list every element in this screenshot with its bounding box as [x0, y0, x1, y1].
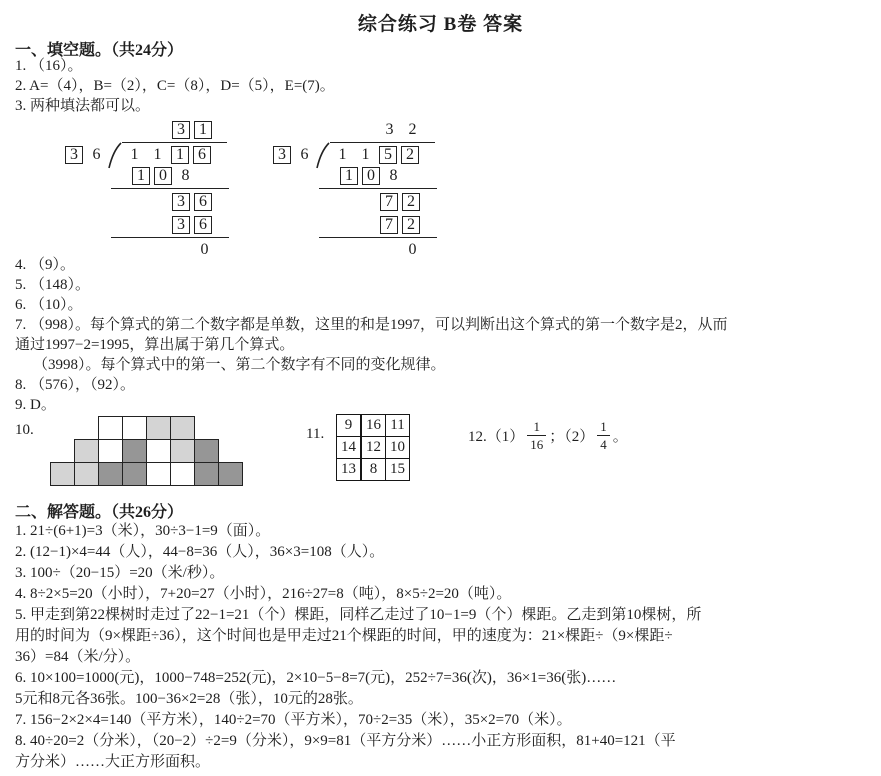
item12-suffix: 。: [613, 425, 628, 446]
text-line: 2. A=（4），B=（2），C=（8），D=（5），E=(7)。: [15, 76, 873, 96]
section2-items: 1. 21÷(6+1)=3（米），30÷3−1=9（面）。2. (12−1)×4…: [15, 521, 873, 773]
table-cell: 11: [386, 415, 410, 437]
pyramid-cell-dark: [122, 462, 147, 486]
item11-label: 11.: [306, 426, 324, 443]
boxed-digit: 1: [340, 167, 358, 185]
text-line: 5元和8元各36张。100−36×2=28（张），10元的28张。: [15, 689, 873, 710]
boxed-digit: 6: [194, 216, 212, 234]
table-cell: 14: [337, 437, 362, 459]
text-line: 1. 21÷(6+1)=3（米），30÷3−1=9（面）。: [15, 521, 873, 542]
boxed-digit: 7: [380, 193, 398, 211]
text-line: 2. (12−1)×4=44（人），44−8=36（人），36×3=108（人）…: [15, 542, 873, 563]
pyramid-cell-light: [146, 416, 171, 440]
digit: 6: [293, 145, 316, 165]
boxed-digit: 6: [193, 146, 211, 164]
boxed-digit: 2: [402, 216, 420, 234]
dividend: 1116: [122, 142, 227, 165]
division-bracket-icon: [316, 142, 330, 174]
text-line: 6. 10×100=1000(元)，1000−748=252(元)，2×10−5…: [15, 668, 873, 689]
quotient-row: 31: [170, 120, 214, 140]
item12-separator: ；（2）: [549, 425, 594, 446]
long-division-1: 3136111610836360: [63, 120, 253, 262]
pyramid-cell-dark: [218, 462, 243, 486]
pyramid-cell-dark: [194, 439, 219, 463]
fraction-numerator: 1: [597, 420, 610, 435]
text-line: 7. （998）。每个算式的第二个数字都是单数，这里的和是1997，可以判断出这…: [15, 315, 873, 335]
digit: 8: [174, 166, 197, 186]
remainder-bring-down-row: 72: [378, 192, 422, 212]
text-line: 8. 40÷20=2（分米），（20−2）÷2=9（分米），9×9=81（平方分…: [15, 731, 873, 752]
pyramid-cell-white: [122, 416, 147, 440]
table-cell: 16: [361, 415, 386, 437]
pyramid-cell-white: [98, 439, 123, 463]
boxed-digit: 3: [172, 193, 190, 211]
pyramid-cell-dark: [122, 439, 147, 463]
digit: 1: [146, 145, 169, 165]
text-line: 5. 甲走到第22棵树时走过了22−1=21（个）棵距，同样乙走过了10−1=9…: [15, 605, 873, 626]
division-rule-line: [319, 188, 437, 189]
pyramid-cell-light: [74, 462, 99, 486]
division-bracket-icon: [108, 142, 122, 174]
remainder-bring-down-row: 36: [170, 192, 214, 212]
boxed-digit: 0: [154, 167, 172, 185]
item12-answer: 12.（1） 1 16 ；（2） 1 4 。: [468, 420, 628, 451]
table-cell: 12: [361, 437, 386, 459]
boxed-digit: 3: [172, 121, 190, 139]
pyramid-row: [50, 462, 243, 486]
boxed-digit: 2: [401, 146, 419, 164]
division-rule-line: [319, 237, 437, 238]
boxed-digit: 6: [194, 193, 212, 211]
page-title: 综合练习 B卷 答案: [0, 9, 881, 36]
digit: 8: [382, 166, 405, 186]
text-line: 8. （576），（92）。: [15, 375, 873, 395]
digit: 1: [123, 145, 146, 165]
boxed-digit: 1: [171, 146, 189, 164]
text-line: 6. （10）。: [15, 295, 873, 315]
boxed-digit: 3: [172, 216, 190, 234]
second-product-row: 72: [378, 215, 422, 235]
pyramid-cell-white: [146, 462, 171, 486]
boxed-digit: 2: [402, 193, 420, 211]
long-division-2: 3236115210872720: [271, 120, 461, 262]
pyramid-cell-white: [98, 416, 123, 440]
boxed-digit: 5: [379, 146, 397, 164]
boxed-digit: 0: [362, 167, 380, 185]
table-cell: 13: [337, 459, 362, 481]
text-line: 3. 两种填法都可以。: [15, 96, 873, 116]
boxed-digit: 3: [65, 146, 83, 164]
fraction-denominator: 4: [597, 435, 610, 451]
boxed-digit: 1: [132, 167, 150, 185]
table-row: 91611: [337, 415, 410, 437]
pyramid-cell-white: [170, 462, 195, 486]
first-product-row: 108: [338, 166, 405, 186]
fraction-numerator: 1: [527, 420, 546, 435]
long-division-figures: 3136111610836360 3236115210872720: [0, 120, 881, 262]
table-row: 141210: [337, 437, 410, 459]
digit: 3: [378, 120, 401, 140]
section1-items-b: 4. （9）。5. （148）。6. （10）。7. （998）。每个算式的第二…: [15, 255, 873, 415]
text-line: 1. （16）。: [15, 56, 873, 76]
boxed-digit: 7: [380, 216, 398, 234]
division-rule-line: [111, 237, 229, 238]
division-rule-line: [111, 188, 229, 189]
second-product-row: 36: [170, 215, 214, 235]
text-line: 5. （148）。: [15, 275, 873, 295]
table-cell: 10: [386, 437, 410, 459]
text-line: 36）=84（米/分）。: [15, 647, 873, 668]
worksheet-page: 综合练习 B卷 答案 一、填空题。（共24分） 1. （16）。2. A=（4）…: [0, 0, 881, 776]
dividend: 1152: [330, 142, 435, 165]
pyramid-row: [74, 439, 219, 463]
pyramid-cell-dark: [194, 462, 219, 486]
table-cell: 9: [337, 415, 362, 437]
text-line: 7. 156−2×2×4=140（平方米），140÷2=70（平方米），70÷2…: [15, 710, 873, 731]
quotient-row: 32: [378, 120, 424, 140]
text-line: 4. （9）。: [15, 255, 873, 275]
text-line: 通过1997−2=1995，算出属于第几个算式。: [15, 335, 873, 355]
digit: 6: [85, 145, 108, 165]
pyramid-row: [98, 416, 195, 440]
digit: 1: [331, 145, 354, 165]
text-line: 用的时间为（9×棵距÷36），这个时间也是甲走过21个棵距的时间，甲的速度为：2…: [15, 626, 873, 647]
divisor: 36: [63, 145, 108, 165]
figures-row: 10. 11. 9161114121013815 12.（1） 1 16 ；（2…: [0, 408, 881, 500]
text-line: 方分米）……大正方形面积。: [15, 752, 873, 773]
boxed-digit: 3: [273, 146, 291, 164]
pyramid-cell-light: [74, 439, 99, 463]
divisor: 36: [271, 145, 316, 165]
fraction-denominator: 16: [527, 435, 546, 451]
text-line: （3998）。每个算式中的第一、第二个数字有不同的变化规律。: [15, 355, 873, 375]
pyramid-cell-light: [170, 439, 195, 463]
number-table-figure: 9161114121013815: [336, 414, 410, 481]
fraction-1-16: 1 16: [527, 420, 546, 451]
text-line: 3. 100÷（20−15）=20（米/秒）。: [15, 563, 873, 584]
section1-items-a: 1. （16）。2. A=（4），B=（2），C=（8），D=（5），E=(7)…: [15, 56, 873, 116]
pyramid-cell-light: [50, 462, 75, 486]
first-product-row: 108: [130, 166, 197, 186]
pyramid-cell-dark: [98, 462, 123, 486]
item10-label: 10.: [15, 422, 34, 439]
table-cell: 8: [361, 459, 386, 481]
digit: 2: [401, 120, 424, 140]
pyramid-cell-white: [146, 439, 171, 463]
item12-prefix: 12.（1）: [468, 425, 524, 446]
table-cell: 15: [386, 459, 410, 481]
boxed-digit: 1: [194, 121, 212, 139]
text-line: 4. 8÷2×5=20（小时），7+20=27（小时），216÷27=8（吨），…: [15, 584, 873, 605]
section2-heading: 二、解答题。（共26分）: [15, 499, 183, 522]
table-row: 13815: [337, 459, 410, 481]
digit: 1: [354, 145, 377, 165]
pyramid-cell-light: [170, 416, 195, 440]
fraction-1-4: 1 4: [597, 420, 610, 451]
